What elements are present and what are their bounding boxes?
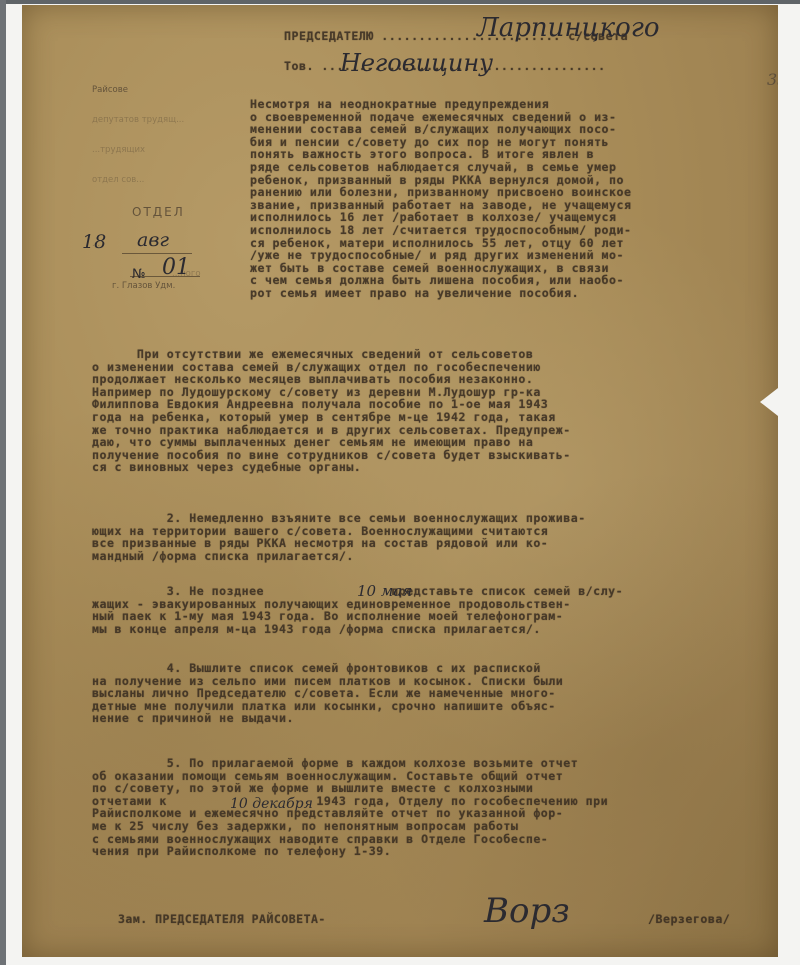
signatory-title: Зам. ПРЕДСЕДАТЕЛЯ РАЙСОВЕТА-: [118, 913, 326, 926]
stamp-line: ОТДЕЛ: [92, 205, 242, 219]
stamp-line: отдел сов...: [92, 175, 242, 185]
page-number: 35: [767, 70, 778, 89]
paragraph-1: При отсутствии же ежемесячных сведений о…: [92, 348, 571, 474]
signature: Ворз: [484, 891, 570, 931]
handwritten-recipient-name: Неговицину: [340, 49, 493, 77]
stamp-date-day: 18: [82, 231, 106, 253]
document-page: ПРЕДСЕДАТЕЛЮ ........................ с/…: [22, 5, 778, 957]
scan-border-top: [0, 0, 800, 4]
paragraph-5: 5. По прилагаемой форме в каждом колхозе…: [92, 757, 608, 858]
scan-border-left: [0, 0, 6, 965]
paragraph-2: 2. Немедленно взъяните все семьи военнос…: [92, 512, 586, 562]
paragraph-4: 4. Вышлите список семей фронтовиков с их…: [92, 662, 563, 725]
stamp-line: Райсове: [92, 85, 242, 95]
stamp-number-label: №: [132, 267, 146, 282]
handwritten-deadline-p5: 10 декабря: [230, 796, 313, 812]
stamp-line: депутатов трудящ...: [92, 115, 242, 125]
stamp-line: ...трудящих: [92, 145, 242, 155]
handwritten-deadline-p3: 10 мая: [357, 582, 412, 600]
paragraph-intro: Несмотря на неоднократные предупреждения…: [250, 98, 631, 300]
signatory-name: /Верзегова/: [648, 913, 730, 926]
stamp-date-rule: [122, 253, 192, 254]
stamp-number-rule: [130, 276, 200, 277]
stamp-date-month: авг: [137, 229, 169, 251]
torn-edge: [760, 388, 778, 416]
handwritten-council-name: Ларпинцкого: [477, 13, 660, 43]
stamp-city: г. Глазов Удм.: [112, 281, 175, 291]
